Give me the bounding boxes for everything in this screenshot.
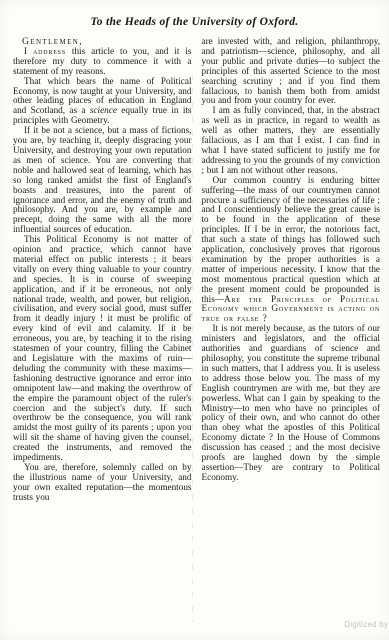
paragraph: Our common country is enduring bitter su… bbox=[202, 176, 381, 325]
scanned-document-page: To the Heads of the University of Oxford… bbox=[0, 0, 389, 640]
page-title: To the Heads of the University of Oxford… bbox=[0, 0, 389, 28]
paragraph: You are, therefore, solemnly called on b… bbox=[13, 463, 192, 503]
paragraph: I address this article to you, and it is… bbox=[13, 47, 192, 77]
text-segment: Are the Principles of Political Economy … bbox=[202, 294, 381, 324]
two-column-text-body: Gentlemen,I address this article to you,… bbox=[0, 28, 389, 503]
paragraph: are invested with, and religion, philant… bbox=[202, 37, 381, 106]
text-segment: You are, therefore, solemnly called on b… bbox=[13, 462, 192, 502]
left-column: Gentlemen,I address this article to you,… bbox=[13, 37, 192, 503]
text-segment: I am as fully convinced, that, in the ab… bbox=[202, 105, 381, 174]
text-segment: It is not merely because, as the tutors … bbox=[202, 323, 381, 482]
paragraph: It is not merely because, as the tutors … bbox=[202, 324, 381, 483]
text-segment: This Political Economy is not matter of … bbox=[13, 234, 192, 462]
text-segment: If it be not a science, but a mass of fi… bbox=[13, 125, 192, 234]
text-segment: science bbox=[90, 105, 117, 115]
text-segment: are invested with, and religion, philant… bbox=[202, 36, 381, 105]
column-divider bbox=[192, 74, 193, 622]
text-segment: address bbox=[33, 46, 66, 56]
digitized-by-watermark: Digitized by bbox=[344, 620, 388, 629]
paragraph: I am as fully convinced, that, in the ab… bbox=[202, 106, 381, 175]
paragraph: If it be not a science, but a mass of fi… bbox=[13, 126, 192, 235]
paragraph: That which bears the name of Political E… bbox=[13, 77, 192, 127]
text-segment: I bbox=[24, 46, 33, 56]
right-column: are invested with, and religion, philant… bbox=[202, 37, 381, 503]
text-segment: Our common country is enduring bitter su… bbox=[202, 175, 381, 304]
paragraph: This Political Economy is not matter of … bbox=[13, 235, 192, 463]
